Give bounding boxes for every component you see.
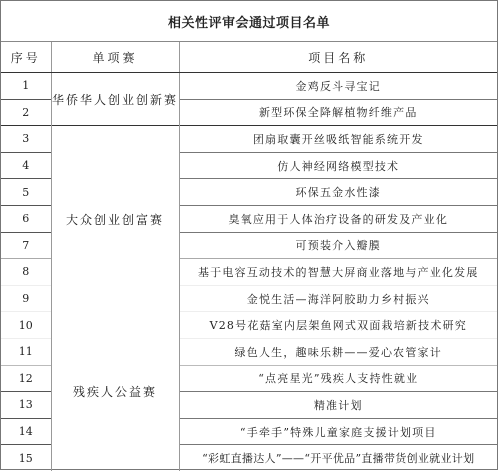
project-name: 金鸡反斗寻宝记 bbox=[179, 73, 497, 100]
project-name: 臭氧应用于人体治疗设备的研发及产业化 bbox=[179, 205, 497, 232]
project-list-table-container: 相关性评审会通过项目名单 序号 单项赛 项目名称 1 华侨华人创业创新赛 金鸡反… bbox=[0, 0, 498, 470]
project-name: 金悦生活—海洋阿胶助力乡村振兴 bbox=[179, 285, 497, 312]
row-number: 3 bbox=[1, 126, 51, 153]
project-name: “手牵手”特殊儿童家庭支援计划项目 bbox=[179, 418, 497, 445]
project-name: 团扇取囊开丝吸纸智能系统开发 bbox=[179, 126, 497, 153]
project-name: 绿色人生，趣味乐耕——爱心农管家计 bbox=[179, 338, 497, 365]
category-cell: 残疾人公益赛 bbox=[51, 312, 179, 471]
header-project: 项目名称 bbox=[179, 42, 497, 73]
project-name: “彩虹直播达人”——“开平优品”直播带货创业就业计划 bbox=[179, 445, 497, 471]
project-list-table: 相关性评审会通过项目名单 序号 单项赛 项目名称 1 华侨华人创业创新赛 金鸡反… bbox=[1, 1, 497, 471]
project-name: 新型环保全降解植物纤维产品 bbox=[179, 99, 497, 126]
header-category: 单项赛 bbox=[51, 42, 179, 73]
row-number: 8 bbox=[1, 259, 51, 286]
project-name: “点亮星光”残疾人支持性就业 bbox=[179, 365, 497, 392]
header-row: 序号 单项赛 项目名称 bbox=[1, 42, 497, 73]
table-title: 相关性评审会通过项目名单 bbox=[1, 1, 497, 42]
row-number: 6 bbox=[1, 205, 51, 232]
row-number: 11 bbox=[1, 338, 51, 365]
table-row: 1 华侨华人创业创新赛 金鸡反斗寻宝记 bbox=[1, 73, 497, 100]
row-number: 4 bbox=[1, 152, 51, 179]
row-number: 9 bbox=[1, 285, 51, 312]
row-number: 12 bbox=[1, 365, 51, 392]
project-name: 基于电容互动技术的智慧大屏商业落地与产业化发展 bbox=[179, 259, 497, 286]
project-name: 环保五金水性漆 bbox=[179, 179, 497, 206]
row-number: 7 bbox=[1, 232, 51, 259]
row-number: 14 bbox=[1, 418, 51, 445]
table-row: 3 大众创业创富赛 团扇取囊开丝吸纸智能系统开发 bbox=[1, 126, 497, 153]
project-name: V28号花菇室内层架鱼网式双面栽培新技术研究 bbox=[179, 312, 497, 339]
header-index: 序号 bbox=[1, 42, 51, 73]
project-name: 可预装介入瓣膜 bbox=[179, 232, 497, 259]
row-number: 1 bbox=[1, 73, 51, 100]
category-cell: 大众创业创富赛 bbox=[51, 126, 179, 312]
row-number: 15 bbox=[1, 445, 51, 471]
row-number: 5 bbox=[1, 179, 51, 206]
project-name: 仿人神经网络模型技术 bbox=[179, 152, 497, 179]
row-number: 2 bbox=[1, 99, 51, 126]
category-cell: 华侨华人创业创新赛 bbox=[51, 73, 179, 126]
row-number: 10 bbox=[1, 312, 51, 339]
table-row: 10 残疾人公益赛 V28号花菇室内层架鱼网式双面栽培新技术研究 bbox=[1, 312, 497, 339]
project-name: 精准计划 bbox=[179, 392, 497, 419]
row-number: 13 bbox=[1, 392, 51, 419]
